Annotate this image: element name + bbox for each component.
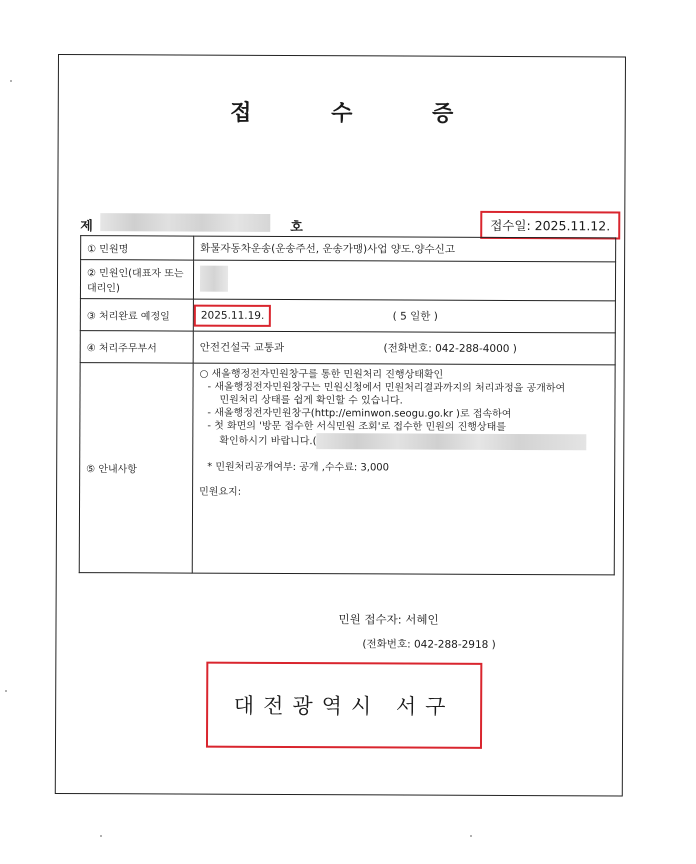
table-row: ④ 처리주무부서 안전건설국 교통과 (전화번호: 042-288-4000 ) [80,331,615,365]
redacted-text [316,433,586,450]
registration-suffix: 호 [290,216,303,235]
row-label: ① 민원명 [81,236,194,260]
department-phone: (전화번호: 042-288-4000 ) [384,342,517,355]
receiver-phone: (전화번호: 042-288-2918 ) [362,636,495,652]
scan-speck [5,690,7,692]
disclosure-fee: * 민원처리공개여부: 공개 ,수수료: 3,000 [199,461,608,476]
scan-speck [100,835,102,837]
registration-number-line: 제 호 접수일: 2025.11.12. [80,213,610,235]
issuer-name: 대전광역시 서구 [234,690,455,721]
table-row: ① 민원명 화물자동차운송(운송주선, 운송가맹)사업 양도.양수신고 [81,236,616,262]
completion-date-cell: 2025.11.19. ( 5 일한 ) [193,299,615,333]
department-name: 안전건설국 교통과 [200,342,285,354]
receipt-document: 접 수 증 제 호 접수일: 2025.11.12. ① 민원명 화물자동차운송… [55,54,626,796]
petition-name: 화물자동차운송(운송주선, 운송가맹)사업 양도.양수신고 [194,236,616,262]
row-label: ④ 처리주무부서 [80,331,193,363]
applicant-value [193,260,615,301]
completion-date-highlight: 2025.11.19. [194,304,272,326]
guide-cell: ○ 새올행정전자민원창구를 통한 민원처리 진행상태확인 - 새올행정전자민원창… [192,363,615,575]
registration-prefix: 제 [80,215,93,234]
table-row: ⑤ 안내사항 ○ 새올행정전자민원창구를 통한 민원처리 진행상태확인 - 새올… [79,363,615,575]
issuer-highlight: 대전광역시 서구 [206,662,482,749]
guide-line-text: 확인하시기 바랍니다.( [219,436,316,447]
guide-line-with-redaction: 확인하시기 바랍니다.( [199,433,608,451]
department-cell: 안전건설국 교통과 (전화번호: 042-288-4000 ) [193,331,615,365]
receiver-name: 민원 접수자: 서혜인 [339,611,439,627]
row-label: ② 민원인(대표자 또는 대리인) [80,260,193,299]
table-row: ③ 처리완료 예정일 2025.11.19. ( 5 일한 ) [80,299,615,333]
row-label: ⑤ 안내사항 [79,363,193,573]
processing-days: ( 5 일한 ) [393,310,438,322]
scan-speck [10,80,12,82]
redacted-applicant [200,265,228,291]
received-date-highlight: 접수일: 2025.11.12. [480,211,620,240]
scan-speck [470,835,472,837]
receipt-form-table: ① 민원명 화물자동차운송(운송주선, 운송가맹)사업 양도.양수신고 ② 민원… [79,235,616,575]
summary-label: 민원요지: [199,486,608,501]
redacted-registration-number [100,213,270,232]
row-label: ③ 처리완료 예정일 [80,299,193,331]
document-title: 접 수 증 [59,95,625,128]
table-row: ② 민원인(대표자 또는 대리인) [80,260,615,301]
